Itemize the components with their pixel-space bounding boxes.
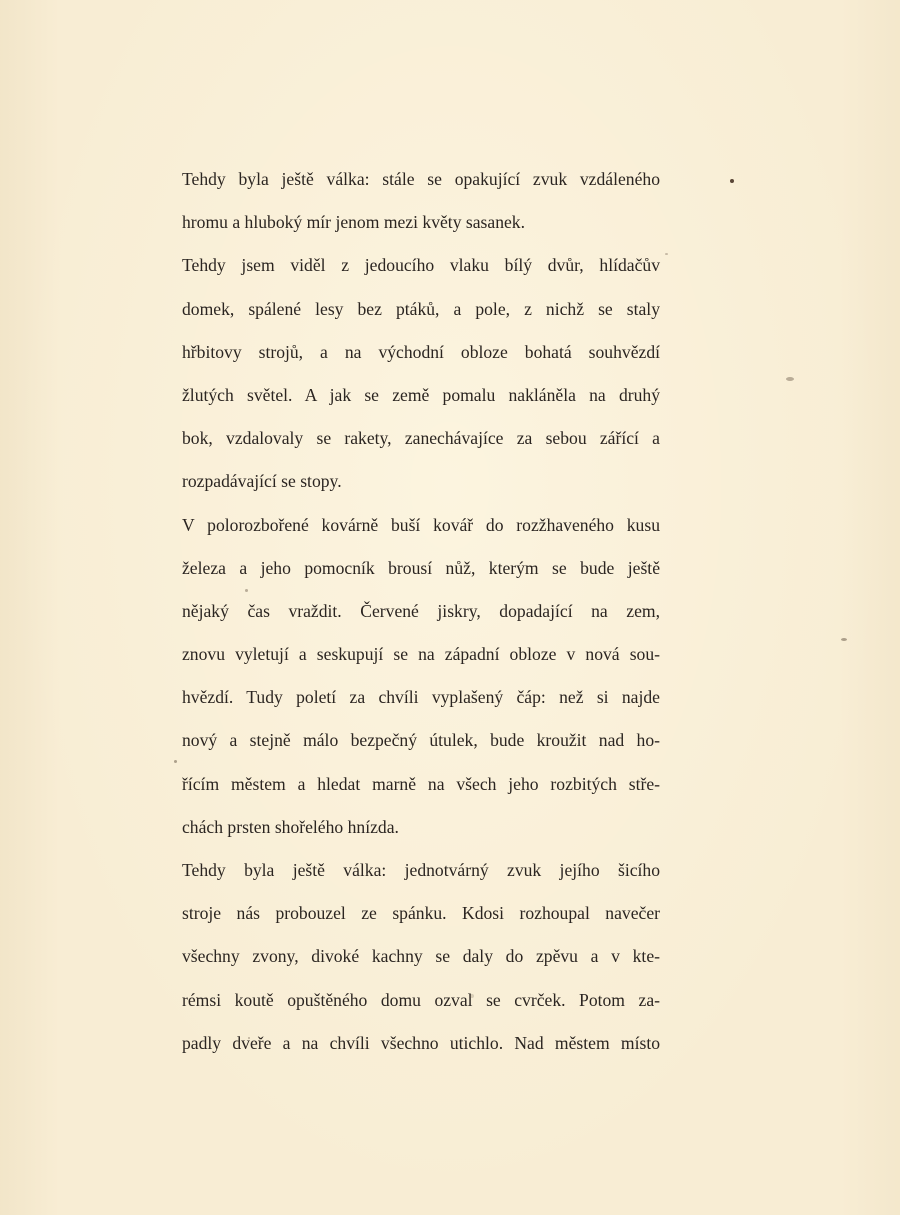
paper-speck [470, 994, 474, 998]
text-line: rozpadávající se stopy. [182, 460, 660, 503]
text-line: stroje nás probouzel ze spánku. Kdosi ro… [182, 892, 660, 935]
text-line: Tehdy byla ještě válka: stále se opakují… [182, 158, 660, 201]
text-line: bok, vzdalovaly se rakety, zanechávajíce… [182, 417, 660, 460]
paper-speck [292, 998, 294, 1000]
paper-speck [248, 1037, 250, 1039]
paper-speck [786, 377, 794, 381]
text-line: Tehdy byla ještě válka: jednotvárný zvuk… [182, 849, 660, 892]
text-line: všechny zvony, divoké kachny se daly do … [182, 935, 660, 978]
paper-speck [665, 253, 668, 255]
text-line: V polorozbořené kovárně buší kovář do ro… [182, 504, 660, 547]
paper-speck [841, 638, 847, 641]
text-line: žlutých světel. A jak se země pomalu nak… [182, 374, 660, 417]
paragraph-1: Tehdy byla ještě válka: stále se opakují… [182, 158, 660, 244]
text-line: padly dveře a na chvíli všechno utichlo.… [182, 1022, 660, 1065]
paragraph-2: Tehdy jsem viděl z jedoucího vlaku bílý … [182, 244, 660, 503]
paper-speck [730, 179, 734, 183]
text-line: hvězdí. Tudy poletí za chvíli vyplašený … [182, 676, 660, 719]
text-line: hromu a hluboký mír jenom mezi květy sas… [182, 201, 660, 244]
text-line: rémsi koutě opuštěného domu ozval se cvr… [182, 979, 660, 1022]
paragraph-4: Tehdy byla ještě válka: jednotvárný zvuk… [182, 849, 660, 1065]
text-line: nějaký čas vraždit. Červené jiskry, dopa… [182, 590, 660, 633]
paper-speck [174, 760, 177, 763]
paragraph-3: V polorozbořené kovárně buší kovář do ro… [182, 504, 660, 850]
text-line: chách prsten shořelého hnízda. [182, 806, 660, 849]
text-line: řícím městem a hledat marně na všech jeh… [182, 763, 660, 806]
book-page: Tehdy byla ještě válka: stále se opakují… [0, 0, 900, 1215]
text-line: Tehdy jsem viděl z jedoucího vlaku bílý … [182, 244, 660, 287]
text-line: železa a jeho pomocník brousí nůž, který… [182, 547, 660, 590]
text-line: domek, spálené lesy bez ptáků, a pole, z… [182, 288, 660, 331]
body-text: Tehdy byla ještě válka: stále se opakují… [182, 158, 660, 1065]
text-line: hřbitovy strojů, a na východní obloze bo… [182, 331, 660, 374]
text-line: znovu vyletují a seskupují se na západní… [182, 633, 660, 676]
paper-speck [245, 589, 248, 592]
text-line: nový a stejně málo bezpečný útulek, bude… [182, 719, 660, 762]
